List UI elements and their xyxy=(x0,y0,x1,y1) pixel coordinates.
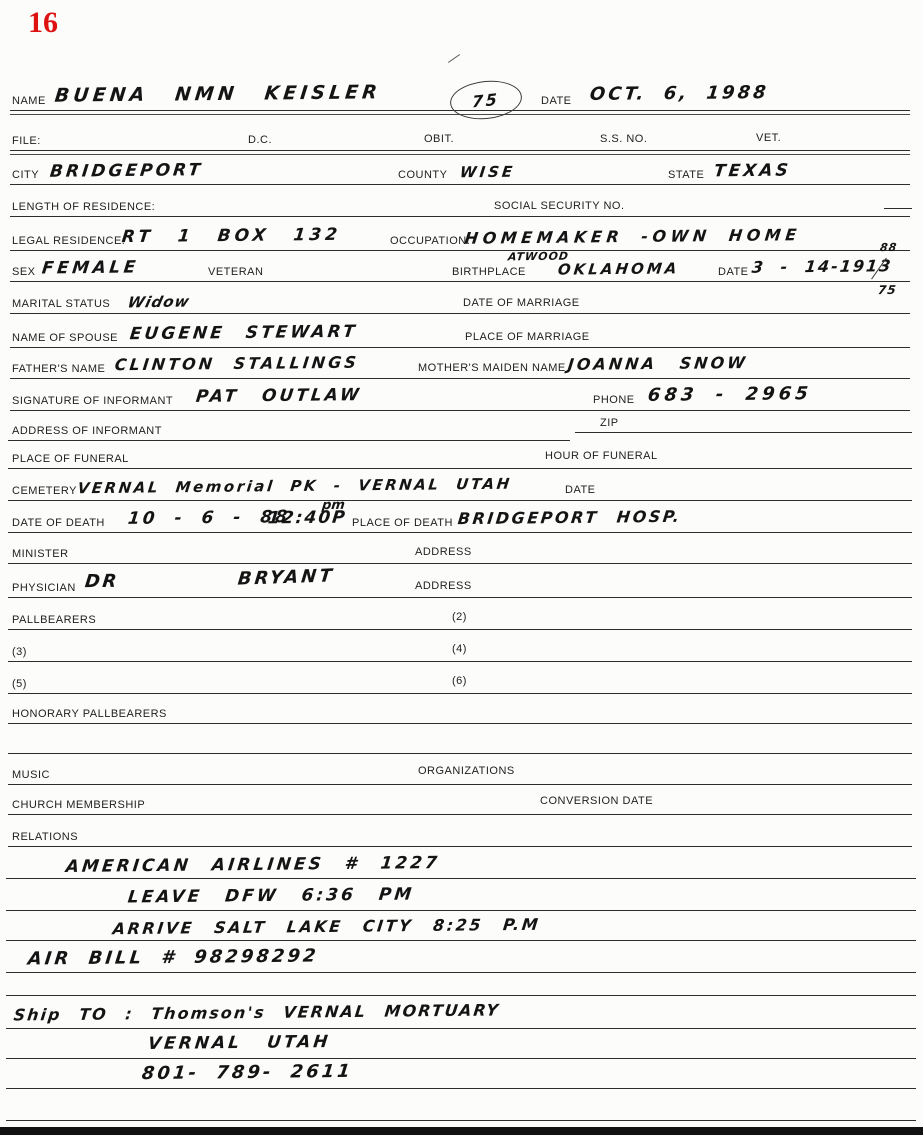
pallbearer-4-label: (4) xyxy=(452,643,467,655)
rule-line xyxy=(10,216,910,217)
rule-line xyxy=(6,910,916,911)
mothers-maiden-name-label: MOTHER'S MAIDEN NAME xyxy=(418,362,566,374)
rule-line xyxy=(8,846,912,847)
physician-label: PHYSICIAN xyxy=(12,582,76,594)
place-of-death-value: BRIDGEPORT HOSP. xyxy=(457,507,683,528)
rule-line xyxy=(6,1120,916,1121)
scan-edge-bar xyxy=(0,1127,923,1135)
page-number: 16 xyxy=(28,6,58,40)
occupation-value: HOMEMAKER -OWN HOME xyxy=(464,225,802,248)
rule-line xyxy=(6,1058,916,1059)
marital-status-label: MARITAL STATUS xyxy=(12,298,110,310)
place-of-marriage-label: PLACE OF MARRIAGE xyxy=(465,331,590,343)
birth-date-annotation-top: 88 xyxy=(879,241,898,254)
occupation-label: OCCUPATION. xyxy=(390,235,470,247)
rule-line xyxy=(8,563,912,564)
honorary-pallbearers-label: HONORARY PALLBEARERS xyxy=(12,708,167,720)
rule-line xyxy=(8,661,912,662)
rule-line xyxy=(8,629,912,630)
marital-status-value: Widow xyxy=(126,292,192,311)
pallbearer-6-label: (6) xyxy=(452,675,467,687)
legal-residence-label: LEGAL RESIDENCE: xyxy=(12,235,125,247)
signature-of-informant-value: PAT OUTLAW xyxy=(195,385,363,407)
relations-label: RELATIONS xyxy=(12,831,78,843)
church-membership-label: CHURCH MEMBERSHIP xyxy=(12,799,145,811)
name-of-spouse-value: EUGENE STEWART xyxy=(129,322,359,344)
rule-line xyxy=(6,878,916,879)
stray-mark xyxy=(448,54,460,63)
signature-of-informant-label: SIGNATURE OF INFORMANT xyxy=(12,395,173,407)
ss-no-label: S.S. NO. xyxy=(600,133,647,145)
state-value: TEXAS xyxy=(713,161,792,182)
name-of-spouse-label: NAME OF SPOUSE xyxy=(12,332,118,344)
rule-line xyxy=(8,468,912,469)
cemetery-date-label: DATE xyxy=(565,484,596,496)
birth-date-value: 3 - 14-1913 xyxy=(751,256,894,276)
zip-label: ZIP xyxy=(600,417,619,429)
county-label: COUNTY xyxy=(398,169,447,181)
birthplace-value: OKLAHOMA xyxy=(557,259,681,278)
name-value: BUENA NMN KEISLER xyxy=(54,81,382,106)
rule-line xyxy=(8,784,912,785)
pallbearer-5-label: (5) xyxy=(12,678,27,690)
date-of-marriage-label: DATE OF MARRIAGE xyxy=(463,297,580,309)
city-label: CITY xyxy=(12,169,39,181)
rule-line xyxy=(6,972,916,973)
fathers-name-label: FATHER'S NAME xyxy=(12,363,105,375)
flight-note-line-2: LEAVE DFW 6:36 PM xyxy=(127,885,416,908)
vet-label: VET. xyxy=(756,132,781,144)
rule-line xyxy=(8,753,912,754)
legal-residence-value: RT 1 BOX 132 xyxy=(121,225,342,247)
length-of-residence-label: LENGTH OF RESIDENCE: xyxy=(12,201,155,213)
sex-label: SEX xyxy=(12,266,36,278)
rule-line xyxy=(10,313,910,314)
physician-title-value: DR xyxy=(84,571,120,592)
ship-to-line-3: 801- 789- 2611 xyxy=(141,1061,354,1084)
time-of-death-suffix: pm xyxy=(321,498,346,513)
physician-address-label: ADDRESS xyxy=(415,580,472,592)
obit-label: OBIT. xyxy=(424,133,454,145)
rule-line xyxy=(8,532,912,533)
pallbearer-2-label: (2) xyxy=(452,611,467,623)
phone-label: PHONE xyxy=(593,394,635,406)
pallbearers-label: PALLBEARERS xyxy=(12,614,96,626)
minister-label: MINISTER xyxy=(12,548,69,560)
place-of-funeral-label: PLACE OF FUNERAL xyxy=(12,453,129,465)
county-value: WISE xyxy=(459,163,516,182)
rule-line xyxy=(6,940,916,941)
name-label: NAME xyxy=(12,95,46,107)
fathers-name-value: CLINTON STALLINGS xyxy=(114,353,360,375)
rule-line xyxy=(8,693,912,694)
rule-line xyxy=(10,378,910,379)
rule-line xyxy=(8,597,912,598)
rule-line xyxy=(10,150,910,155)
place-of-death-label: PLACE OF DEATH xyxy=(352,517,453,529)
dc-label: D.C. xyxy=(248,134,272,146)
organizations-label: ORGANIZATIONS xyxy=(418,765,515,777)
hour-of-funeral-label: HOUR OF FUNERAL xyxy=(545,450,658,462)
ship-to-line-2: VERNAL UTAH xyxy=(147,1032,332,1054)
rule-line xyxy=(10,184,910,185)
social-security-no-label: SOCIAL SECURITY NO. xyxy=(494,200,625,212)
phone-value: 683 - 2965 xyxy=(647,383,813,406)
veteran-label: VETERAN xyxy=(208,266,263,278)
birth-date-annotation-bottom: 75 xyxy=(877,283,897,297)
date-of-death-label: DATE OF DEATH xyxy=(12,517,105,529)
rule-line xyxy=(8,723,912,724)
rule-line xyxy=(10,347,910,348)
rule-line xyxy=(8,440,570,441)
rule-line xyxy=(884,208,912,209)
pallbearer-3-label: (3) xyxy=(12,646,27,658)
scanned-funeral-record-form: 16 NAME BUENA NMN KEISLER 75 DATE OCT. 6… xyxy=(0,0,923,1136)
birthplace-label: BIRTHPLACE xyxy=(452,266,526,278)
cemetery-label: CEMETERY xyxy=(12,485,77,497)
minister-address-label: ADDRESS xyxy=(415,546,472,558)
air-bill-note: AIR BILL # 98298292 xyxy=(27,945,320,969)
record-date-label: DATE xyxy=(541,95,572,107)
cemetery-value: VERNAL Memorial PK - VERNAL UTAH xyxy=(77,475,513,498)
city-value: BRIDGEPORT xyxy=(49,160,204,182)
file-label: FILE: xyxy=(12,135,41,147)
rule-line xyxy=(6,995,916,996)
music-label: MUSIC xyxy=(12,769,50,781)
rule-line xyxy=(10,410,910,411)
state-label: STATE xyxy=(668,169,704,181)
physician-name-value: BRYANT xyxy=(237,565,336,589)
circled-age-value: 75 xyxy=(472,89,500,111)
address-of-informant-label: ADDRESS OF INFORMANT xyxy=(12,425,162,437)
rule-line xyxy=(8,814,912,815)
rule-line xyxy=(8,500,912,501)
circled-age-annotation: 75 xyxy=(448,77,524,122)
rule-line xyxy=(10,281,910,282)
ship-to-line-1: Ship TO : Thomson's VERNAL MORTUARY xyxy=(13,1000,501,1024)
rule-line xyxy=(10,250,910,251)
sex-value: FEMALE xyxy=(41,257,140,278)
birth-date-label: DATE xyxy=(718,266,749,278)
conversion-date-label: CONVERSION DATE xyxy=(540,795,653,807)
rule-line xyxy=(6,1088,916,1089)
rule-line xyxy=(6,1028,916,1029)
mothers-maiden-name-value: JOANNA SNOW xyxy=(567,353,749,374)
record-date-value: OCT. 6, 1988 xyxy=(589,82,770,105)
rule-line xyxy=(575,432,912,433)
flight-note-line-3: ARRIVE SALT LAKE CITY 8:25 P.M xyxy=(112,915,542,938)
flight-note-line-1: AMERICAN AIRLINES # 1227 xyxy=(65,853,441,877)
